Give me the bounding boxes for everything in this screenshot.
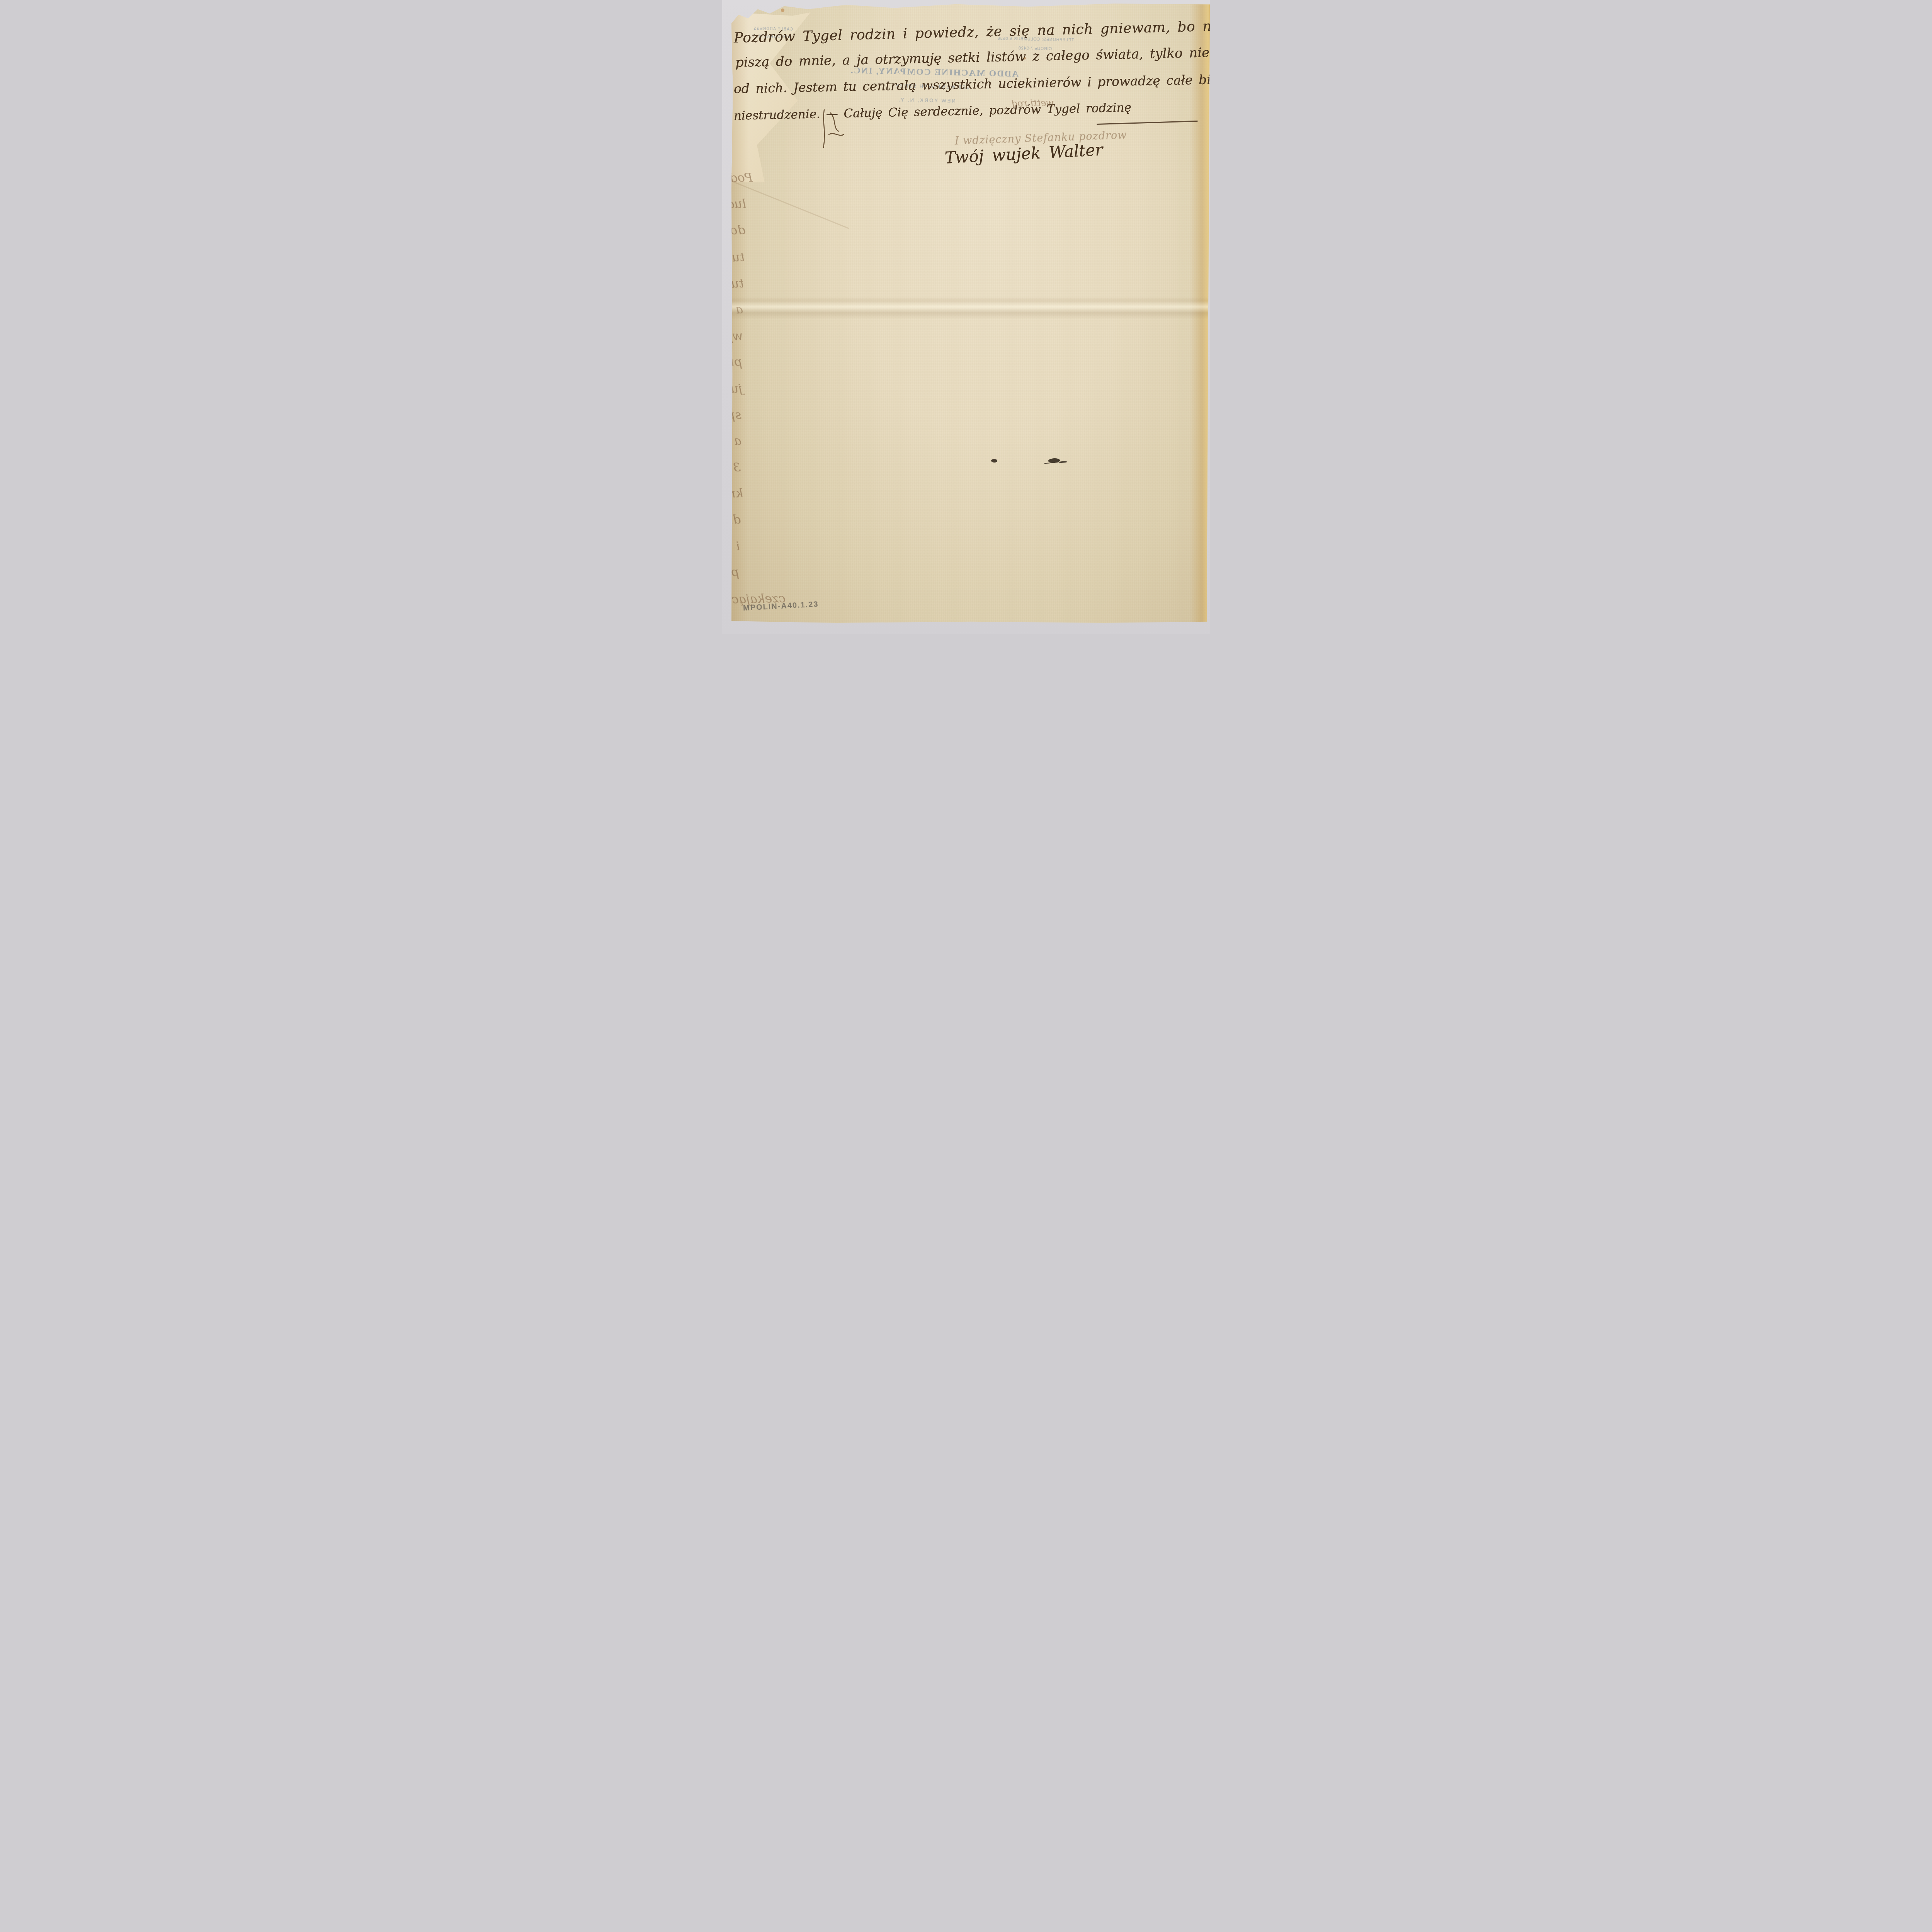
paper-grain-texture	[731, 2, 1210, 623]
rust-stain	[1024, 57, 1026, 60]
ink-flourish	[819, 107, 846, 150]
bleedthrough-line: 3 rano w tygodniu tyle, zdatki i kino — …	[731, 460, 741, 483]
fold-crease	[731, 297, 1210, 319]
handwritten-line-1: Pozdrów Tygel rodzin i powiedz, że się n…	[733, 18, 1210, 46]
bleedthrough-line: tu, ale czekałem z temi sprawami. Tłum w…	[731, 250, 745, 273]
bleedthrough-line: wyjątkiem i wyjechał trochę i czekało si…	[731, 328, 743, 352]
diagonal-crease	[731, 179, 849, 229]
rust-stain	[781, 9, 784, 12]
bleedthrough-line: ludzie obiecywali. Dzwonię Ci tam lepiej…	[731, 196, 746, 220]
bleedthrough-line: kraję, bo coś jeszcze mnie czeka już tak…	[731, 486, 743, 507]
bleedthrough-line: a przyszedł tej ziemi i tym, co czekają,…	[731, 302, 743, 325]
letter-page: CABLE ADDRESS ADDOGRAD N. Y. TELEPHONES:…	[731, 2, 1210, 623]
bleedthrough-line: i że by mi czekam teraz, bo z tym czekał…	[731, 539, 740, 562]
closing-dash-stroke	[1097, 121, 1198, 125]
page-edge-gold	[1190, 2, 1210, 623]
bleedthrough-line: już i wam przyjechało tu i tam czekam pr…	[731, 381, 742, 405]
scan-backdrop: CABLE ADDRESS ADDOGRAD N. Y. TELEPHONES:…	[722, 0, 1210, 634]
handwritten-line-2: piszą do mnie, a ja otrzymuję setki list…	[735, 45, 1210, 70]
bleedthrough-line: a Twoje zdrowie Tygel rodzin. Od dziadun…	[731, 433, 742, 457]
bleedthrough-line: Podobno zachowała się wasza tu rozmowa i…	[731, 170, 753, 194]
bleedthrough-line: przestał, była cała rodzina wyjeżdża by …	[731, 354, 742, 378]
bleedthrough-line: powrocie za mnie i czekał, ale nie wiem …	[731, 565, 739, 588]
ink-speck	[1048, 457, 1060, 463]
bleedthrough-line: dostawa. Na mój list pojechali do Ciebie…	[731, 223, 745, 246]
ink-speck	[991, 459, 997, 463]
bleedthrough-line: dlatego też wam teraz czekać mogę 300 tu…	[731, 512, 741, 536]
letterhead-city-line: NEW YORK, N. Y.	[898, 97, 956, 104]
bleedthrough-line: sprawy i wracam telefonem do podziękować…	[731, 407, 742, 431]
bleedthrough-line: tu rozdałem u obcym. Wiem że Ciebie bard…	[731, 276, 744, 300]
bleedthrough-fragment: wetti rod	[1011, 97, 1054, 109]
